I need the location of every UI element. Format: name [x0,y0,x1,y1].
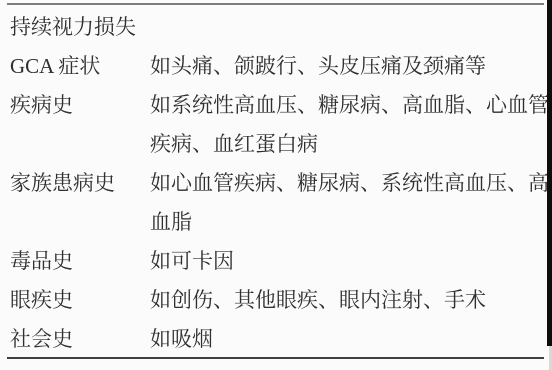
table-row: 持续视力损失 [0,8,540,47]
document-table-page: 持续视力损失 GCA 症状 如头痛、颌跛行、头皮压痛及颈痛等 疾病史 如系统性高… [0,0,552,370]
row-value-line: 血脂 [150,203,549,242]
row-label: GCA 症状 [0,47,150,86]
table-row: 毒品史 如可卡因 [0,242,540,281]
row-label: 眼疾史 [0,281,150,320]
table-row: 家族患病史 如心血管疾病、糖尿病、系统性高血压、高 血脂 [0,164,540,242]
table-row: 疾病史 如系统性高血压、糖尿病、高血脂、心血管 疾病、血红蛋白病 [0,86,540,164]
row-value-line: 如创伤、其他眼疾、眼内注射、手术 [150,281,540,320]
row-label: 毒品史 [0,242,150,281]
table-row: 社会史 如吸烟 [0,320,540,359]
row-value-line: 如可卡因 [150,242,540,281]
row-value: 如可卡因 [150,242,540,281]
row-value: 如头痛、颌跛行、头皮压痛及颈痛等 [150,47,540,86]
row-label: 持续视力损失 [0,8,150,47]
row-value-line: 如吸烟 [150,320,540,359]
row-label: 家族患病史 [0,164,150,203]
row-value: 如系统性高血压、糖尿病、高血脂、心血管 疾病、血红蛋白病 [150,86,549,164]
row-value-line: 如心血管疾病、糖尿病、系统性高血压、高 [150,164,549,203]
row-value: 如创伤、其他眼疾、眼内注射、手术 [150,281,540,320]
table-row: GCA 症状 如头痛、颌跛行、头皮压痛及颈痛等 [0,47,540,86]
row-label: 疾病史 [0,86,150,125]
row-value: 如吸烟 [150,320,540,359]
table-top-rule [7,3,544,5]
row-label: 社会史 [0,320,150,359]
row-value: 如心血管疾病、糖尿病、系统性高血压、高 血脂 [150,164,549,242]
table-body: 持续视力损失 GCA 症状 如头痛、颌跛行、头皮压痛及颈痛等 疾病史 如系统性高… [0,8,540,359]
table-bottom-rule [7,357,544,359]
row-value-line: 如系统性高血压、糖尿病、高血脂、心血管 [150,86,549,125]
right-scan-artifact [547,0,552,346]
table-row: 眼疾史 如创伤、其他眼疾、眼内注射、手术 [0,281,540,320]
row-value-line: 疾病、血红蛋白病 [150,125,549,164]
row-value-line: 如头痛、颌跛行、头皮压痛及颈痛等 [150,47,540,86]
